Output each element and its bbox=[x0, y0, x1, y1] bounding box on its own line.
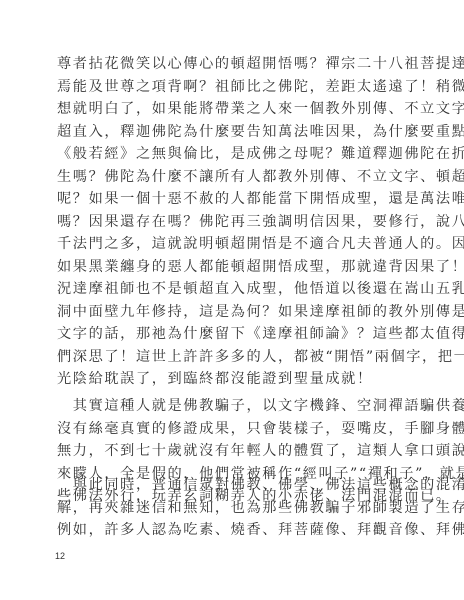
paragraph-1-line-12: 洞中面壁九年修持，這是為何？如果達摩祖師的教外別傳是不立 bbox=[57, 302, 464, 322]
paragraph-1-line-11: 況達摩祖師也不是頓超直入成聖，他悟道以後還在嵩山五乳峰石 bbox=[57, 279, 464, 299]
paragraph-3-line-1: 與此同時，普通信眾對佛教、佛學、佛法這些概念的混淆誤 bbox=[57, 475, 464, 495]
paragraph-1-line-9: 千法門之多，這就說明頓超開悟是不適合凡夫普通人的。因為， bbox=[57, 234, 464, 254]
paragraph-1-line-7: 呢？如果一個十惡不赦的人都能當下開悟成聖，還是萬法唯因果 bbox=[57, 189, 464, 209]
paragraph-1-line-5: 《般若經》之無與倫比，是成佛之母呢？難道釋迦佛陀在折磨眾 bbox=[57, 144, 464, 164]
paragraph-1-line-14: 們深思了！這世上許許多多的人，都被“開悟”兩個字，把一生 bbox=[57, 347, 464, 367]
paragraph-1-line-4: 超直入，釋迦佛陀為什麼要告知萬法唯因果，為什麼要重點說 bbox=[57, 122, 464, 142]
paragraph-1-line-3: 想就明白了，如果能將帶業之人來一個教外別傳、不立文字、頓 bbox=[57, 99, 464, 119]
paragraph-3-line-2: 解，再夾雜迷信和無知，也為那些佛教騙子邪師製造了生存土壤。 bbox=[57, 498, 464, 518]
paragraph-1-line-8: 嗎？因果還存在嗎？佛陀再三強調明信因果，要修行，說八萬四 bbox=[57, 212, 464, 232]
paragraph-1-line-6: 生嗎？佛陀為什麼不讓所有人都教外別傳、不立文字、頓超直入 bbox=[57, 167, 464, 187]
page-number: 12 bbox=[55, 551, 65, 561]
paragraph-1-line-10: 如果黑業纏身的惡人都能頓超開悟成聖，那就違背因果了！更何 bbox=[57, 257, 464, 277]
paragraph-1-line-13: 文字的話，那祂為什麼留下《達摩祖師論》？這些都太值得行人 bbox=[57, 324, 464, 344]
paragraph-3-line-3: 例如，許多人認為吃素、燒香、拜菩薩像、拜觀音像、拜佛像、 bbox=[57, 520, 464, 540]
paragraph-1-line-1: 尊者拈花微笑以心傳心的頓超開悟嗎？禪宗二十八祖菩提達摩， bbox=[57, 54, 464, 74]
paragraph-2-line-1: 其實這種人就是佛教騙子，以文字機鋒、空洞禪語騙供養， bbox=[57, 396, 464, 416]
paragraph-2-line-3: 無力，不到七十歲就沒有年輕人的體質了，這類人拿口頭說開悟 bbox=[57, 441, 464, 461]
paragraph-1-line-2: 焉能及世尊之項背啊？祖師比之佛陀，差距太遙遠了！稍微想一 bbox=[57, 77, 464, 97]
paragraph-1-line-15: 光陰給耽誤了，到臨終都沒能證到聖量成就！ bbox=[57, 369, 373, 389]
paragraph-2-line-2: 沒有絲毫真實的修證成果，只會裝樣子，耍嘴皮，手腳身體虛弱 bbox=[57, 419, 464, 439]
document-page: 尊者拈花微笑以心傳心的頓超開悟嗎？禪宗二十八祖菩提達摩， 焉能及世尊之項背啊？祖… bbox=[0, 0, 464, 600]
